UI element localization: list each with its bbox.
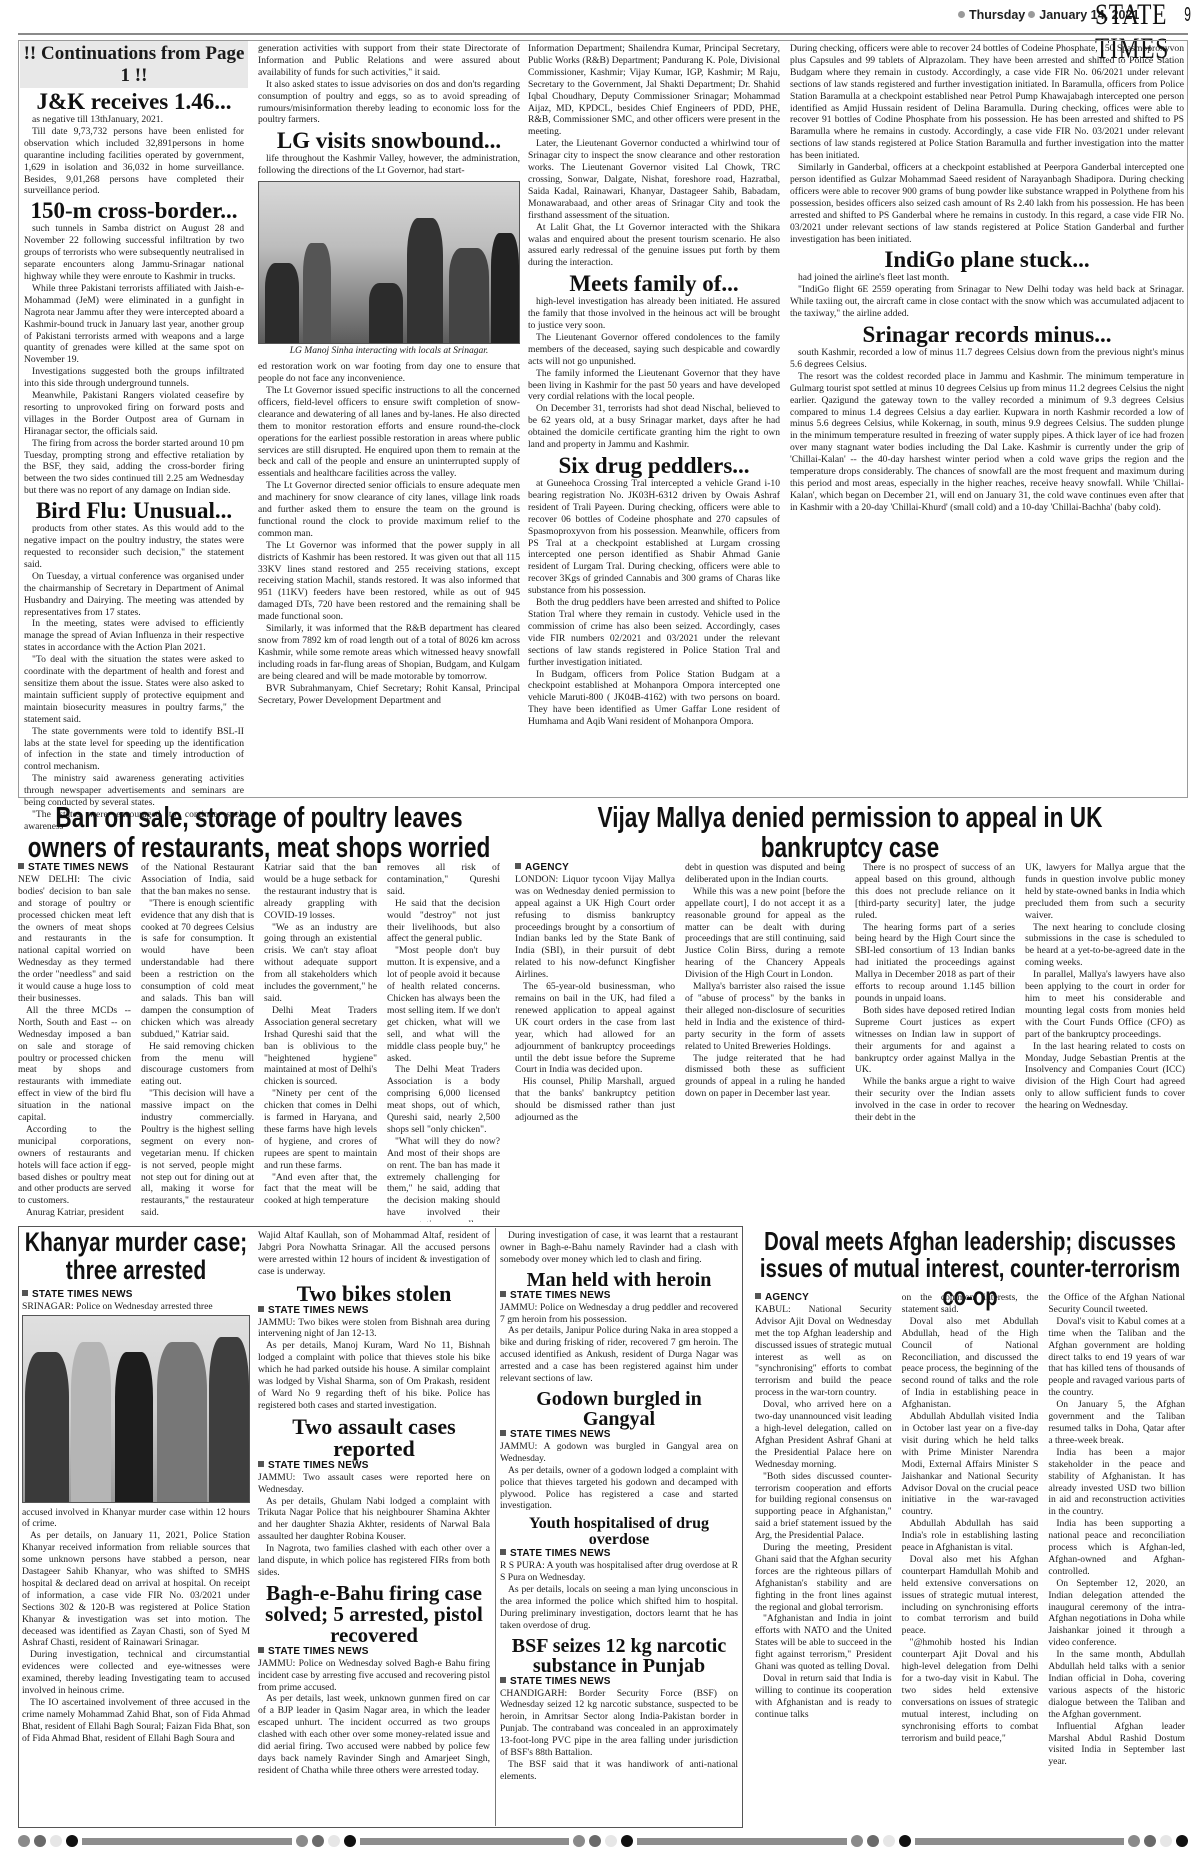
story-body: such tunnels in Samba district on August… — [20, 223, 248, 497]
story-headline: Srinagar records minus... — [790, 323, 1184, 346]
dot-icon — [34, 1835, 46, 1847]
page-number: 9 — [1184, 4, 1191, 27]
article-column: Wajid Altaf Kaullah, son of Mohammad Alt… — [258, 1230, 490, 1278]
footer-bar — [637, 1838, 847, 1845]
dot-icon — [18, 1835, 30, 1847]
byline: STATE TIMES NEWS — [500, 1548, 738, 1560]
photo-caption: LG Manoj Sinha interacting with locals a… — [258, 346, 520, 356]
byline: STATE TIMES NEWS — [258, 1305, 490, 1317]
footer-bar — [360, 1838, 570, 1845]
baghebahu-headline: Bagh-e-Bahu firing case solved; 5 arrest… — [258, 1583, 490, 1646]
byline: STATE TIMES NEWS — [500, 1429, 738, 1441]
article-column: accused involved in Khanyar murder case … — [22, 1507, 250, 1745]
dot-icon — [1128, 1835, 1140, 1847]
mallya-story: Vijay Mallya denied permission to appeal… — [515, 803, 1185, 864]
bikes-headline: Two bikes stolen — [258, 1283, 490, 1305]
article-column: STATE TIMES NEWS R S PURA: A youth was h… — [500, 1548, 738, 1631]
article-column: debt in question was disputed and being … — [685, 862, 845, 1222]
story-headline: Meets family of... — [528, 272, 780, 295]
dot-icon — [344, 1835, 356, 1847]
article-column: of the National Restaurant Association o… — [141, 862, 254, 1222]
footer-bar — [915, 1838, 1125, 1845]
overdose-headline: Youth hospitalised of drug overdose — [500, 1516, 738, 1548]
continuations-col-2: generation activities with support from … — [258, 43, 520, 706]
bullet-icon — [958, 11, 965, 18]
bullet-icon — [1028, 11, 1035, 18]
article-column: STATE TIMES NEWS NEW DELHI: The civic bo… — [18, 862, 131, 1222]
article-column: STATE TIMES NEWS JAMMU: Police on Wednes… — [500, 1290, 738, 1385]
story-body: as negative till 13thJanuary, 2021. Till… — [20, 114, 248, 197]
story-body: at Guneehoca Crossing Tral intercepted a… — [528, 478, 780, 728]
article-column: STATE TIMES NEWS SRINAGAR: Police on Wed… — [22, 1289, 250, 1313]
dot-icon — [1176, 1835, 1188, 1847]
story-body: had joined the airline's fleet last mont… — [790, 272, 1184, 320]
dot-icon — [883, 1835, 895, 1847]
dot-icon — [66, 1835, 78, 1847]
dot-icon — [573, 1835, 585, 1847]
masthead: ThursdayJanuary 14, 2021 STATE TIMES 9 — [0, 0, 1200, 34]
story-headline: Bird Flu: Unusual... — [20, 499, 248, 522]
dot-icon — [1144, 1835, 1156, 1847]
continuations-col-4: During checking, officers were able to r… — [790, 43, 1184, 514]
dot-icon — [605, 1835, 617, 1847]
article-column: There is no prospect of success of an ap… — [855, 862, 1015, 1222]
heroin-headline: Man held with heroin — [500, 1270, 738, 1290]
local-col-3: During investigation of case, it was lea… — [500, 1230, 738, 1783]
assault-headline: Two assault cases reported — [258, 1416, 490, 1460]
doval-body: AGENCY KABUL: National Security Advisor … — [755, 1292, 1185, 1828]
article-column: STATE TIMES NEWS CHANDIGARH: Border Secu… — [500, 1676, 738, 1783]
lg-visit-photo — [258, 181, 520, 344]
dot-icon — [899, 1835, 911, 1847]
bsf-headline: BSF seizes 12 kg narcotic substance in P… — [500, 1636, 738, 1676]
article-column: removes all risk of contamination," Qure… — [387, 862, 500, 1222]
local-col-2: Wajid Altaf Kaullah, son of Mohammad Alt… — [258, 1230, 490, 1777]
dot-icon — [50, 1835, 62, 1847]
poultry-body: STATE TIMES NEWS NEW DELHI: The civic bo… — [18, 862, 500, 1222]
story-body: ed restoration work on war footing from … — [258, 361, 520, 706]
article-column: STATE TIMES NEWS JAMMU: Two assault case… — [258, 1460, 490, 1579]
dot-icon — [328, 1835, 340, 1847]
dot-icon — [621, 1835, 633, 1847]
article-column: During investigation of case, it was lea… — [500, 1230, 738, 1266]
story-headline: 150-m cross-border... — [20, 199, 248, 222]
article-column: Katriar said that the ban would be a hug… — [264, 862, 377, 1222]
continuations-banner: !! Continuations from Page 1 !! — [20, 41, 248, 88]
byline: STATE TIMES NEWS — [500, 1290, 738, 1302]
poultry-story: Ban on sale, storage of poultry leaves o… — [18, 803, 500, 864]
byline: AGENCY — [515, 862, 675, 874]
story-headline: Six drug peddlers... — [528, 454, 780, 477]
story-headline: J&K receives 1.46... — [20, 90, 248, 113]
byline: STATE TIMES NEWS — [18, 862, 131, 874]
khanyar-headline: Khanyar murder case; three arrested — [23, 1228, 249, 1285]
byline: STATE TIMES NEWS — [22, 1289, 250, 1301]
story-body: south Kashmir, recorded a low of minus 1… — [790, 347, 1184, 514]
godown-headline: Godown burgled in Gangyal — [500, 1389, 738, 1429]
mallya-body: AGENCY LONDON: Liquor tycoon Vijay Mally… — [515, 862, 1185, 1222]
header-rule — [18, 33, 1188, 35]
article-column: the Office of the Afghan National Securi… — [1048, 1292, 1185, 1828]
story-body: Information Department; Shailendra Kumar… — [528, 43, 780, 269]
footer-ornament — [18, 1833, 1188, 1849]
mallya-headline: Vijay Mallya denied permission to appeal… — [569, 803, 1131, 864]
lg-photo-wrapper: LG Manoj Sinha interacting with locals a… — [258, 181, 520, 361]
byline: STATE TIMES NEWS — [500, 1676, 738, 1688]
continuations-col-3: Information Department; Shailendra Kumar… — [528, 43, 780, 728]
dot-icon — [589, 1835, 601, 1847]
dot-icon — [851, 1835, 863, 1847]
byline: STATE TIMES NEWS — [258, 1460, 490, 1472]
story-headline: LG visits snowbound... — [258, 129, 520, 152]
dot-icon — [296, 1835, 308, 1847]
dot-icon — [312, 1835, 324, 1847]
khanyar-story: Khanyar murder case; three arrested STAT… — [22, 1228, 250, 1745]
footer-bar — [82, 1838, 292, 1845]
column-divider — [495, 1228, 496, 1826]
poultry-headline: Ban on sale, storage of poultry leaves o… — [19, 803, 499, 864]
byline: STATE TIMES NEWS — [258, 1646, 490, 1658]
article-column: STATE TIMES NEWS JAMMU: Police on Wednes… — [258, 1646, 490, 1777]
article-column: STATE TIMES NEWS JAMMU: A godown was bur… — [500, 1429, 738, 1512]
story-headline: IndiGo plane stuck... — [790, 248, 1184, 271]
article-column: on the common interests, the statement s… — [902, 1292, 1039, 1828]
story-body: high-level investigation has already bee… — [528, 296, 780, 451]
byline: AGENCY — [755, 1292, 892, 1304]
article-column: AGENCY KABUL: National Security Advisor … — [755, 1292, 892, 1828]
story-body: generation activities with support from … — [258, 43, 520, 126]
story-body: products from other states. As this woul… — [20, 523, 248, 833]
article-column: AGENCY LONDON: Liquor tycoon Vijay Mally… — [515, 862, 675, 1222]
dot-icon — [1160, 1835, 1172, 1847]
khanyar-arrest-photo — [22, 1315, 250, 1503]
story-body: life throughout the Kashmir Valley, howe… — [258, 153, 520, 177]
article-column: STATE TIMES NEWS JAMMU: Two bikes were s… — [258, 1305, 490, 1412]
dot-icon — [867, 1835, 879, 1847]
story-body: During checking, officers were able to r… — [790, 43, 1184, 245]
article-column: UK, lawyers for Mallya argue that the fu… — [1025, 862, 1185, 1222]
continuations-col-1: !! Continuations from Page 1 !! J&K rece… — [20, 41, 248, 833]
